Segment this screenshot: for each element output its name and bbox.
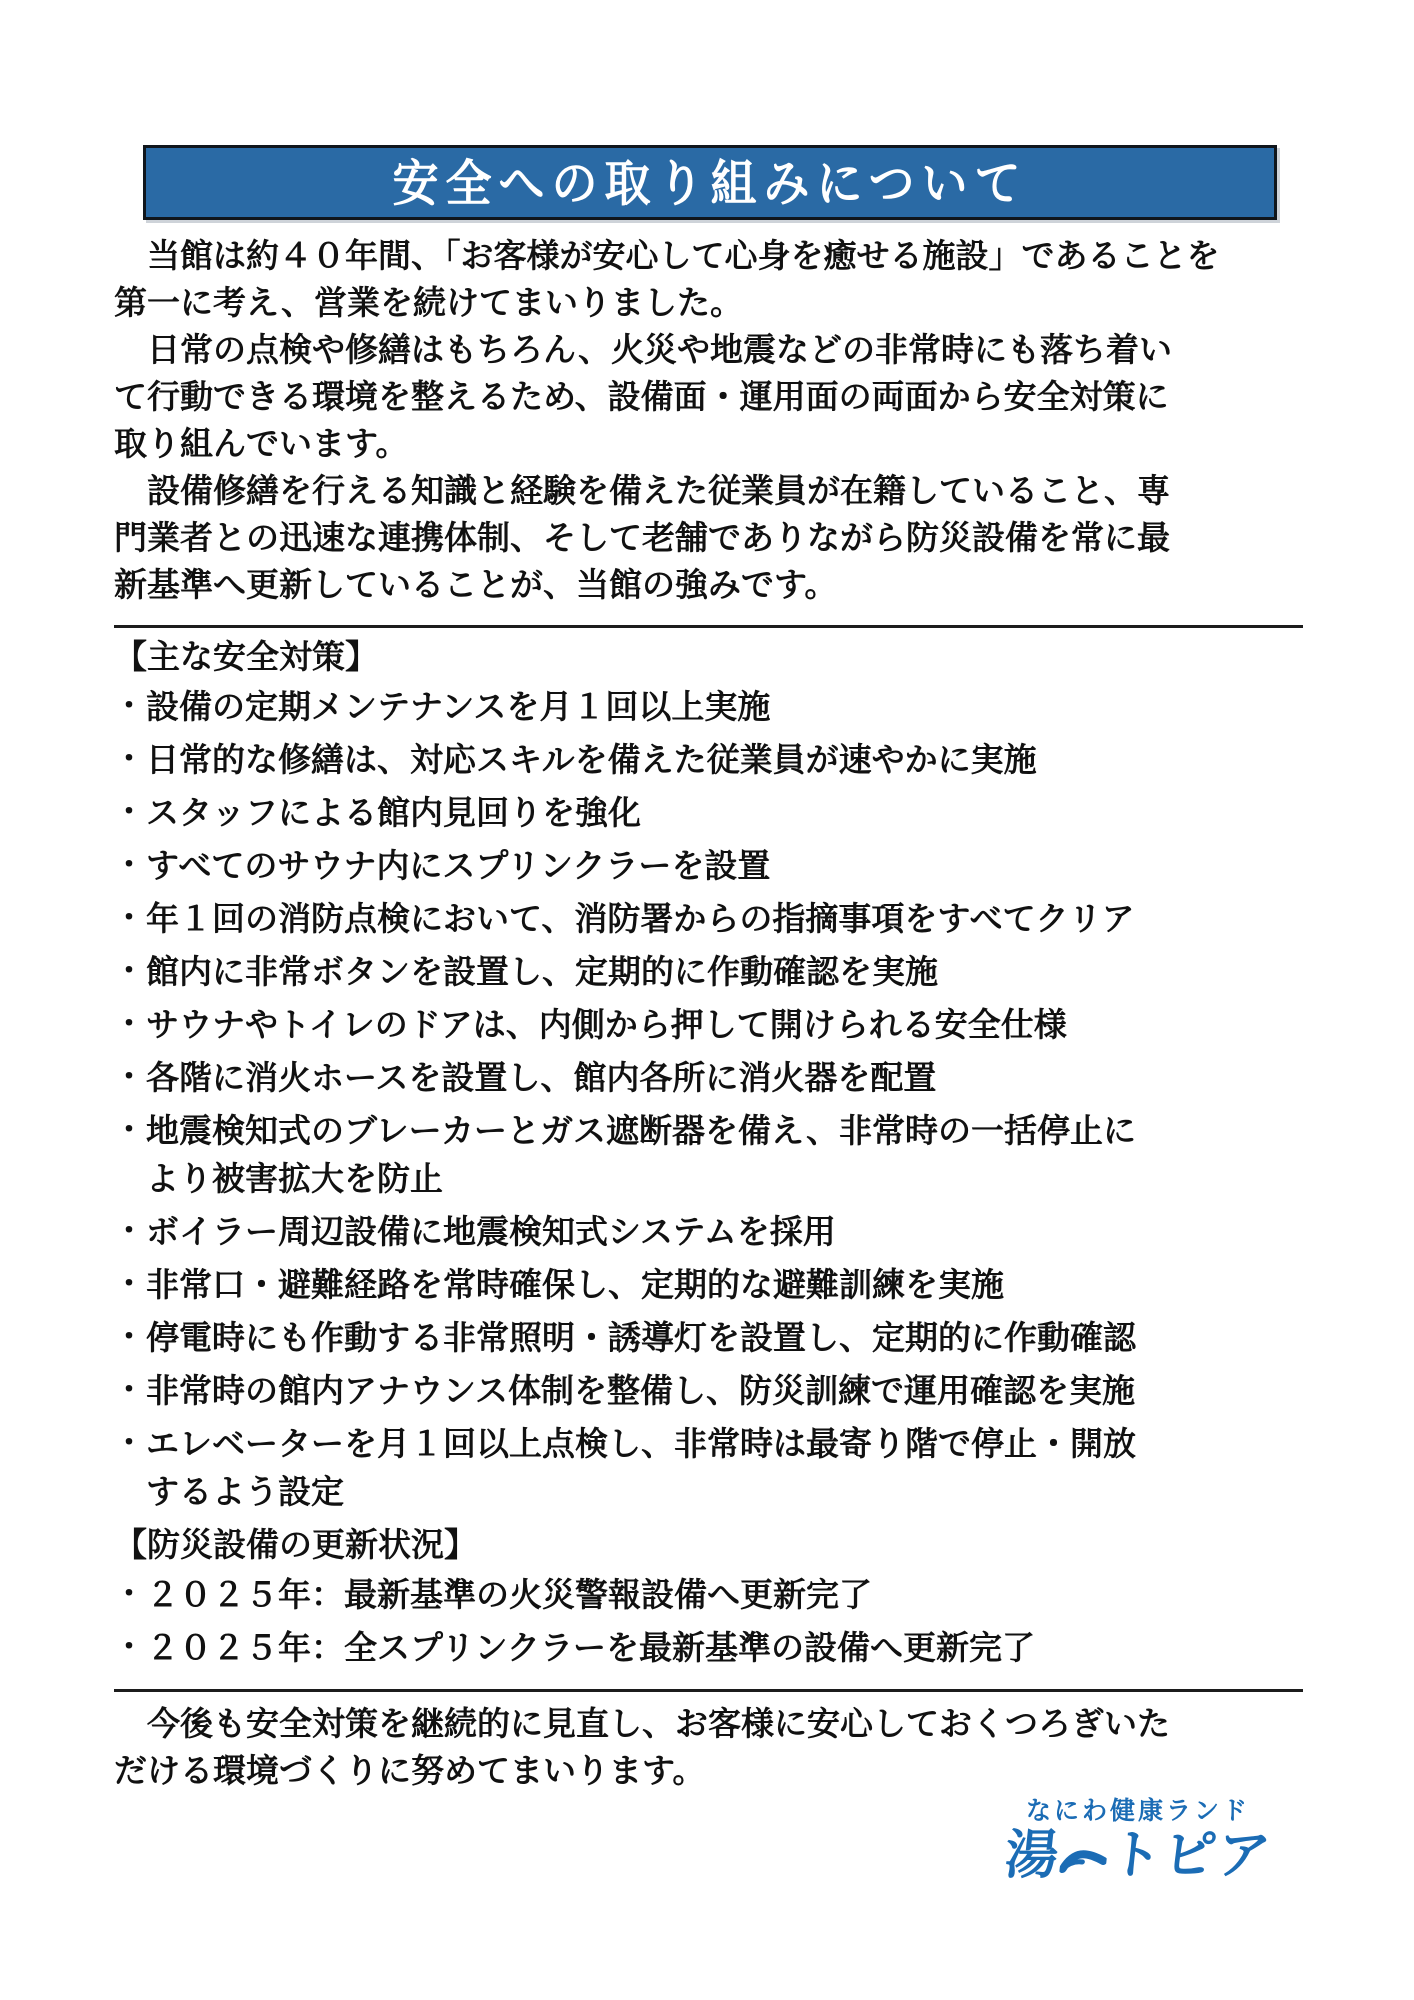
list-item-text: エレベーターを月１回以上点検し、非常時は最寄り階で停止・開放 <box>146 1425 1136 1462</box>
bullet-marker: ・ <box>114 1367 146 1415</box>
list-item-text: 地震検知式のブレーカーとガス遮断器を備え、非常時の一括停止に <box>146 1112 1136 1149</box>
logo-swoosh-icon <box>1059 1842 1109 1878</box>
bullet-marker: ・ <box>114 1001 146 1049</box>
list-item: ・ 停電時にも作動する非常照明・誘導灯を設置し、定期的に作動確認 <box>114 1314 1303 1362</box>
bullet-marker: ・ <box>114 1054 146 1102</box>
section-heading: 【主な安全対策】 <box>114 633 1303 681</box>
bullet-marker: ・ <box>114 736 146 784</box>
intro-paragraph: 日常の点検や修繕はもちろん、火災や地震などの非常時にも落ち着い て行動できる環境… <box>114 326 1303 467</box>
bullet-marker: ・ <box>114 789 146 837</box>
list-item: ・ ２０２５年：最新基準の火災警報設備へ更新完了 <box>114 1571 1303 1619</box>
equipment-update-section: 【防災設備の更新状況】 ・ ２０２５年：最新基準の火災警報設備へ更新完了 ・ ２… <box>114 1521 1303 1672</box>
logo: なにわ健康ランド 湯 トピア <box>1005 1796 1271 1886</box>
text-line: 設備修繕を行える知識と経験を備えた従業員が在籍していること、専 <box>114 467 1303 514</box>
equipment-update-list: ・ ２０２５年：最新基準の火災警報設備へ更新完了 ・ ２０２５年：全スプリンクラ… <box>114 1571 1303 1672</box>
page-title-banner: 安全への取り組みについて <box>143 145 1277 220</box>
document-page: 安全への取り組みについて 当館は約４０年間、「お客様が安心して心身を癒せる施設」… <box>0 0 1414 2000</box>
list-item-text: 日常的な修繕は、対応スキルを備えた従業員が速やかに実施 <box>146 741 1037 778</box>
bullet-marker: ・ <box>114 1208 146 1256</box>
list-item: ・ ボイラー周辺設備に地震検知式システムを採用 <box>114 1208 1303 1256</box>
text-line: 門業者との迅速な連携体制、そして老舗でありながら防災設備を常に最 <box>114 514 1303 561</box>
list-item-text: するよう設定 <box>146 1468 1136 1516</box>
list-item: ・ 日常的な修繕は、対応スキルを備えた従業員が速やかに実施 <box>114 736 1303 784</box>
list-item-text: 年１回の消防点検において、消防署からの指摘事項をすべてクリア <box>146 900 1135 937</box>
closing-section: 今後も安全対策を継続的に見直し、お客様に安心しておくつろぎいた だける環境づくり… <box>114 1700 1303 1794</box>
list-item-text: 設備の定期メンテナンスを月１回以上実施 <box>146 688 770 725</box>
bullet-marker: ・ <box>114 1314 146 1362</box>
list-item-text: ２０２５年：全スプリンクラーを最新基準の設備へ更新完了 <box>146 1629 1035 1666</box>
list-item: ・ すべてのサウナ内にスプリンクラーを設置 <box>114 842 1303 890</box>
text-line: 今後も安全対策を継続的に見直し、お客様に安心しておくつろぎいた <box>114 1700 1303 1747</box>
logo-text-topia: トピア <box>1106 1826 1274 1886</box>
bullet-marker: ・ <box>114 842 146 890</box>
section-heading: 【防災設備の更新状況】 <box>114 1521 1303 1569</box>
list-item-text: 館内に非常ボタンを設置し、定期的に作動確認を実施 <box>146 953 938 990</box>
page-title: 安全への取り組みについて <box>392 158 1027 208</box>
text-line: だける環境づくりに努めてまいります。 <box>114 1747 1303 1794</box>
list-item-text: 各階に消火ホースを設置し、館内各所に消火器を配置 <box>146 1059 936 1096</box>
list-item: ・ 設備の定期メンテナンスを月１回以上実施 <box>114 683 1303 731</box>
list-item: ・ サウナやトイレのドアは、内側から押して開けられる安全仕様 <box>114 1001 1303 1049</box>
text-line: 当館は約４０年間、「お客様が安心して心身を癒せる施設」であることを <box>114 232 1303 279</box>
bullet-marker: ・ <box>114 1571 146 1619</box>
bullet-marker: ・ <box>114 683 146 731</box>
safety-measures-section: 【主な安全対策】 ・ 設備の定期メンテナンスを月１回以上実施 ・ 日常的な修繕は… <box>114 633 1303 1516</box>
list-item-text: 停電時にも作動する非常照明・誘導灯を設置し、定期的に作動確認 <box>146 1319 1136 1356</box>
list-item: ・ 館内に非常ボタンを設置し、定期的に作動確認を実施 <box>114 948 1303 996</box>
list-item: ・ 非常口・避難経路を常時確保し、定期的な避難訓練を実施 <box>114 1261 1303 1309</box>
list-item: ・ 年１回の消防点検において、消防署からの指摘事項をすべてクリア <box>114 895 1303 943</box>
list-item-text: ２０２５年：最新基準の火災警報設備へ更新完了 <box>146 1576 872 1613</box>
list-item: ・ ２０２５年：全スプリンクラーを最新基準の設備へ更新完了 <box>114 1624 1303 1672</box>
bullet-marker: ・ <box>114 1107 146 1155</box>
list-item-text: すべてのサウナ内にスプリンクラーを設置 <box>146 847 770 884</box>
intro-paragraph: 当館は約４０年間、「お客様が安心して心身を癒せる施設」であることを 第一に考え、… <box>114 232 1303 326</box>
list-item-text: より被害拡大を防止 <box>146 1155 1136 1203</box>
list-item-text: 非常口・避難経路を常時確保し、定期的な避難訓練を実施 <box>146 1266 1004 1303</box>
bullet-marker: ・ <box>114 1420 146 1468</box>
bullet-marker: ・ <box>114 1261 146 1309</box>
section-divider <box>114 625 1303 628</box>
intro-section: 当館は約４０年間、「お客様が安心して心身を癒せる施設」であることを 第一に考え、… <box>114 232 1303 608</box>
logo-wordmark: 湯 トピア <box>1002 1826 1274 1886</box>
text-line: 新基準へ更新していることが、当館の強みです。 <box>114 561 1303 608</box>
logo-tagline: なにわ健康ランド <box>1026 1796 1250 1826</box>
bullet-marker: ・ <box>114 948 146 996</box>
list-item-text: 非常時の館内アナウンス体制を整備し、防災訓練で運用確認を実施 <box>146 1372 1135 1409</box>
text-line: て行動できる環境を整えるため、設備面・運用面の両面から安全対策に <box>114 373 1303 420</box>
intro-paragraph: 設備修繕を行える知識と経験を備えた従業員が在籍していること、専 門業者との迅速な… <box>114 467 1303 608</box>
list-item-text: サウナやトイレのドアは、内側から押して開けられる安全仕様 <box>146 1006 1067 1043</box>
list-item: ・ エレベーターを月１回以上点検し、非常時は最寄り階で停止・開放 するよう設定 <box>114 1420 1303 1516</box>
list-item-text: スタッフによる館内見回りを強化 <box>146 794 641 831</box>
list-item: ・ 各階に消火ホースを設置し、館内各所に消火器を配置 <box>114 1054 1303 1102</box>
safety-measures-list: ・ 設備の定期メンテナンスを月１回以上実施 ・ 日常的な修繕は、対応スキルを備え… <box>114 683 1303 1516</box>
list-item: ・ 地震検知式のブレーカーとガス遮断器を備え、非常時の一括停止に より被害拡大を… <box>114 1107 1303 1203</box>
bullet-marker: ・ <box>114 1624 146 1672</box>
logo-text-yu: 湯 <box>1002 1826 1062 1886</box>
text-line: 取り組んでいます。 <box>114 420 1303 467</box>
bullet-marker: ・ <box>114 895 146 943</box>
section-divider <box>114 1689 1303 1692</box>
list-item-text: ボイラー周辺設備に地震検知式システムを採用 <box>146 1213 836 1250</box>
list-item: ・ スタッフによる館内見回りを強化 <box>114 789 1303 837</box>
list-item: ・ 非常時の館内アナウンス体制を整備し、防災訓練で運用確認を実施 <box>114 1367 1303 1415</box>
text-line: 第一に考え、営業を続けてまいりました。 <box>114 279 1303 326</box>
text-line: 日常の点検や修繕はもちろん、火災や地震などの非常時にも落ち着い <box>114 326 1303 373</box>
